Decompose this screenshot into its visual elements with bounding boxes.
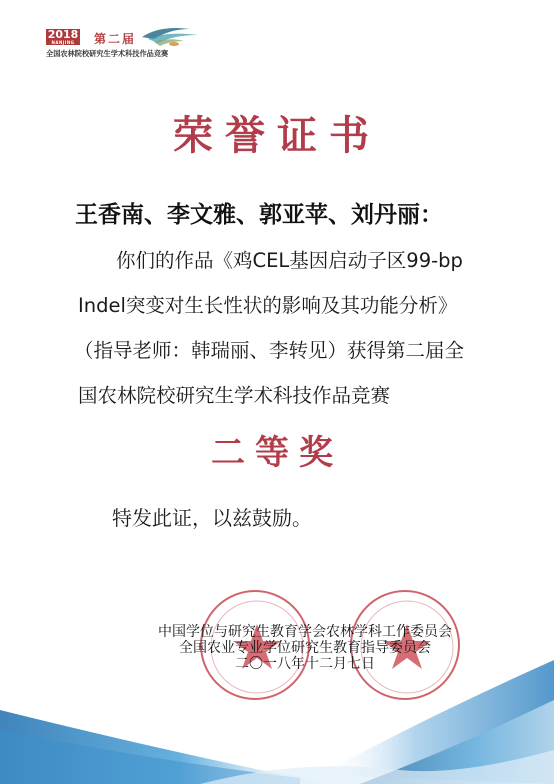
body-line: （指导老师：韩瑞丽、李转见）获得第二届全 bbox=[74, 328, 498, 373]
logo-competition-name: 全国农林院校研究生学术科技作品竞赛 bbox=[46, 49, 168, 59]
logo-city: NANJING bbox=[46, 41, 80, 45]
certificate-title: 荣誉证书 bbox=[0, 104, 554, 161]
issuer-name-1: 中国学位与研究生教育学会农林学科工作委员会 bbox=[140, 624, 470, 640]
logo-year-badge: 2018 NANJING bbox=[46, 29, 80, 45]
recipients-names: 王香南、李文雅、郭亚苹、刘丹丽： bbox=[75, 196, 443, 229]
competition-logo: 2018 NANJING 第二届 全国农林院校研究生学术科技作品竞赛 bbox=[46, 27, 206, 63]
issuer-signature-block: 中国学位与研究生教育学会农林学科工作委员会 全国农业专业学位研究生教育指导委员会… bbox=[140, 624, 470, 672]
bird-emblem-icon bbox=[140, 25, 200, 49]
award-level: 二等奖 bbox=[0, 425, 554, 474]
issue-date: 二〇一八年十二月七日 bbox=[140, 656, 470, 672]
issuer-name-2: 全国农业专业学位研究生教育指导委员会 bbox=[140, 640, 470, 656]
body-line: 国农林院校研究生学术科技作品竞赛 bbox=[78, 373, 498, 418]
logo-edition: 第二届 bbox=[94, 30, 136, 47]
body-line: 你们的作品《鸡CEL基因启动子区99-bp bbox=[78, 238, 498, 283]
closing-statement: 特发此证，以兹鼓励。 bbox=[112, 502, 312, 531]
certificate-body: 你们的作品《鸡CEL基因启动子区99-bp Indel突变对生长性状的影响及其功… bbox=[78, 238, 498, 418]
body-line: Indel突变对生长性状的影响及其功能分析》 bbox=[78, 283, 498, 328]
